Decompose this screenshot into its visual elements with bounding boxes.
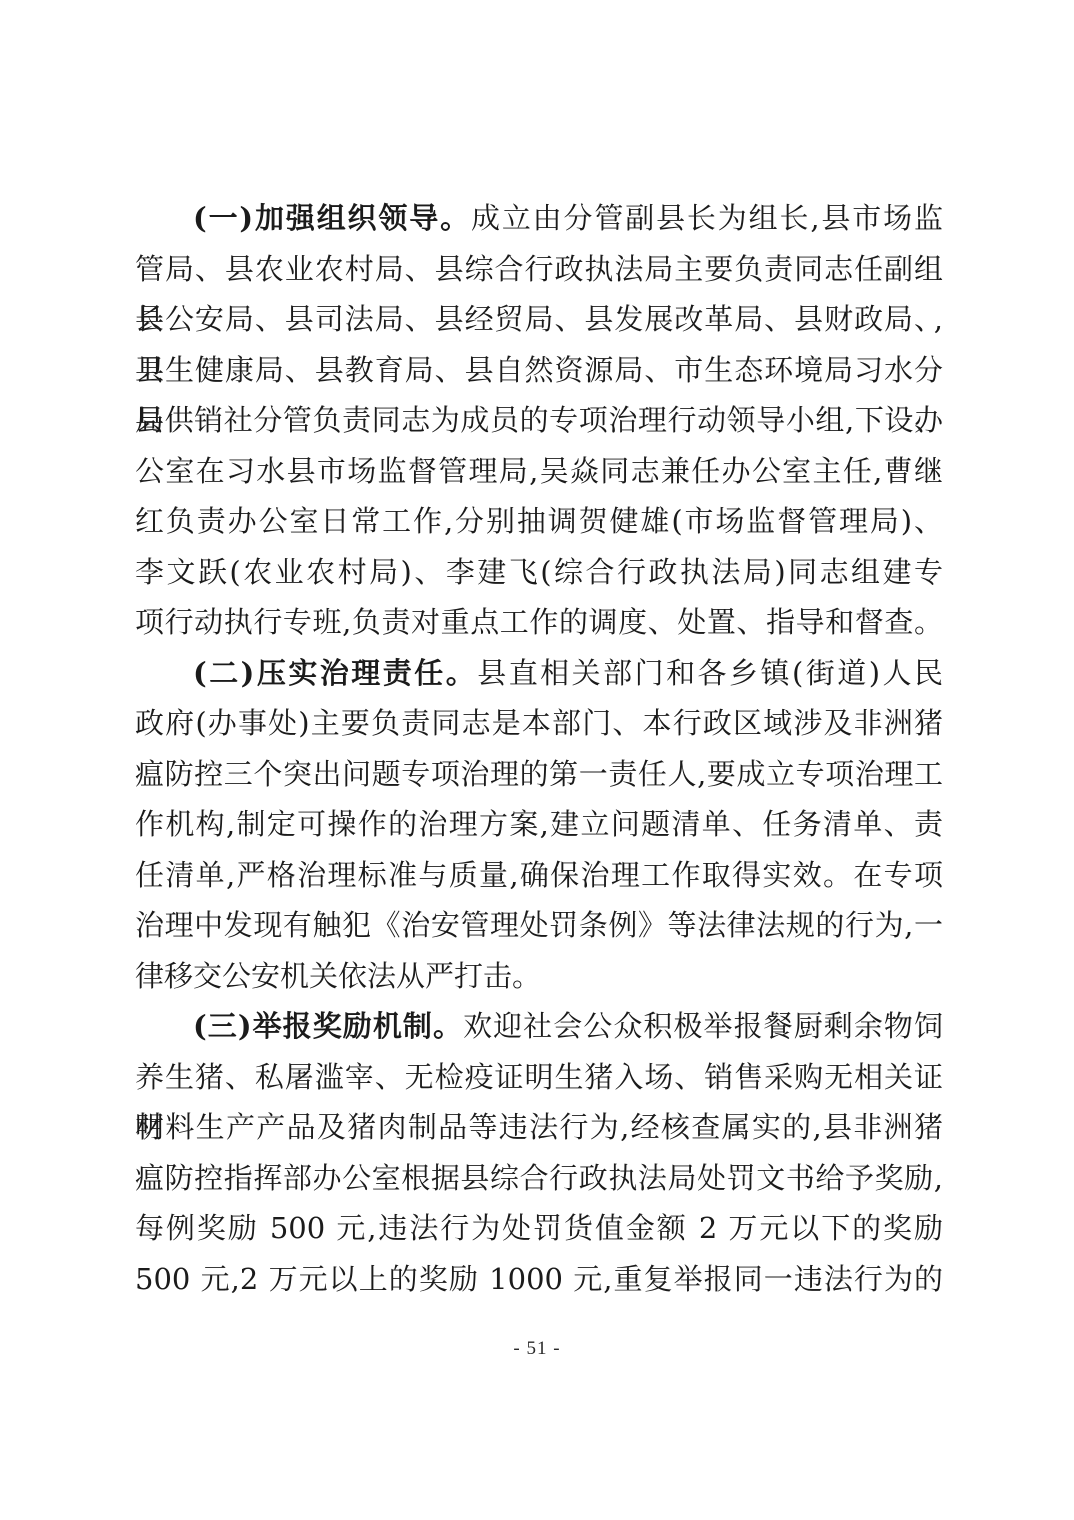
text-line: 养生猪、私屠滥宰、无检疫证明生猪入场、销售采购无相关证明 [135,1052,943,1103]
text-line: 红负责办公室日常工作,分别抽调贺健雄(市场监督管理局)、 [135,496,943,547]
text-line: 管局、县农业农村局、县综合行政执法局主要负责同志任副组长, [135,244,943,295]
document-body: (一)加强组织领导。成立由分管副县长为组长,县市场监管局、县农业农村局、县综合行… [135,193,943,1304]
text-line: 李文跃(农业农村局)、李建飞(综合行政执法局)同志组建专 [135,547,943,598]
section-heading: (一)加强组织领导。 [193,201,471,235]
document-page: (一)加强组织领导。成立由分管副县长为组长,县市场监管局、县农业农村局、县综合行… [0,0,1074,1520]
line-text: 每例奖励 500 元,违法行为处罚货值金额 2 万元以下的奖励 [135,1211,943,1245]
section-heading: (二)压实治理责任。 [193,656,477,690]
line-text: 政府(办事处)主要负责同志是本部门、本行政区域涉及非洲猪 [135,706,943,740]
page-number: - 51 - [513,1338,560,1359]
text-line: (二)压实治理责任。县直相关部门和各乡镇(街道)人民 [135,648,943,699]
text-line: 材料生产产品及猪肉制品等违法行为,经核查属实的,县非洲猪 [135,1102,943,1153]
text-line: 每例奖励 500 元,违法行为处罚货值金额 2 万元以下的奖励 [135,1203,943,1254]
text-line: (一)加强组织领导。成立由分管副县长为组长,县市场监 [135,193,943,244]
line-text: 律移交公安机关依法从严打击。 [135,959,541,993]
text-line: 治理中发现有触犯《治安管理处罚条例》等法律法规的行为,一 [135,900,943,951]
text-line: 瘟防控指挥部办公室根据县综合行政执法局处罚文书给予奖励, [135,1153,943,1204]
text-line: 500 元,2 万元以上的奖励 1000 元,重复举报同一违法行为的 [135,1254,943,1305]
line-text: 材料生产产品及猪肉制品等违法行为,经核查属实的,县非洲猪 [135,1110,943,1144]
line-text: 瘟防控指挥部办公室根据县综合行政执法局处罚文书给予奖励, [135,1161,943,1195]
text-line: 公室在习水县市场监督管理局,吴焱同志兼任办公室主任,曹继 [135,446,943,497]
text-line: 项行动执行专班,负责对重点工作的调度、处置、指导和督查。 [135,597,943,648]
line-text: 项行动执行专班,负责对重点工作的调度、处置、指导和督查。 [135,605,943,639]
section-heading: (三)举报奖励机制。 [193,1009,463,1043]
line-text: 瘟防控三个突出问题专项治理的第一责任人,要成立专项治理工 [135,757,943,791]
text-line: 瘟防控三个突出问题专项治理的第一责任人,要成立专项治理工 [135,749,943,800]
text-line: 作机构,制定可操作的治理方案,建立问题清单、任务清单、责 [135,799,943,850]
line-text: 欢迎社会公众积极举报餐厨剩余物饲 [463,1009,943,1043]
page-footer: - 51 - [0,1338,1074,1360]
line-text: 任清单,严格治理标准与质量,确保治理工作取得实效。在专项 [135,858,943,892]
text-line: 县公安局、县司法局、县经贸局、县发展改革局、县财政局、县 [135,294,943,345]
line-text: 治理中发现有触犯《治安管理处罚条例》等法律法规的行为,一 [135,908,943,942]
text-line: 卫生健康局、县教育局、县自然资源局、市生态环境局习水分局、 [135,345,943,396]
text-line: 县供销社分管负责同志为成员的专项治理行动领导小组,下设办 [135,395,943,446]
text-line: 律移交公安机关依法从严打击。 [135,951,943,1002]
text-line: (三)举报奖励机制。欢迎社会公众积极举报餐厨剩余物饲 [135,1001,943,1052]
line-text: 红负责办公室日常工作,分别抽调贺健雄(市场监督管理局)、 [135,504,943,538]
line-text: 成立由分管副县长为组长,县市场监 [471,201,943,235]
line-text: 县直相关部门和各乡镇(街道)人民 [477,656,943,690]
text-line: 任清单,严格治理标准与质量,确保治理工作取得实效。在专项 [135,850,943,901]
line-text: 李文跃(农业农村局)、李建飞(综合行政执法局)同志组建专 [135,555,943,589]
line-text: 公室在习水县市场监督管理局,吴焱同志兼任办公室主任,曹继 [135,454,943,488]
line-text: 县供销社分管负责同志为成员的专项治理行动领导小组,下设办 [135,403,943,437]
line-text: 500 元,2 万元以上的奖励 1000 元,重复举报同一违法行为的 [135,1262,943,1296]
line-text: 作机构,制定可操作的治理方案,建立问题清单、任务清单、责 [135,807,943,841]
text-line: 政府(办事处)主要负责同志是本部门、本行政区域涉及非洲猪 [135,698,943,749]
